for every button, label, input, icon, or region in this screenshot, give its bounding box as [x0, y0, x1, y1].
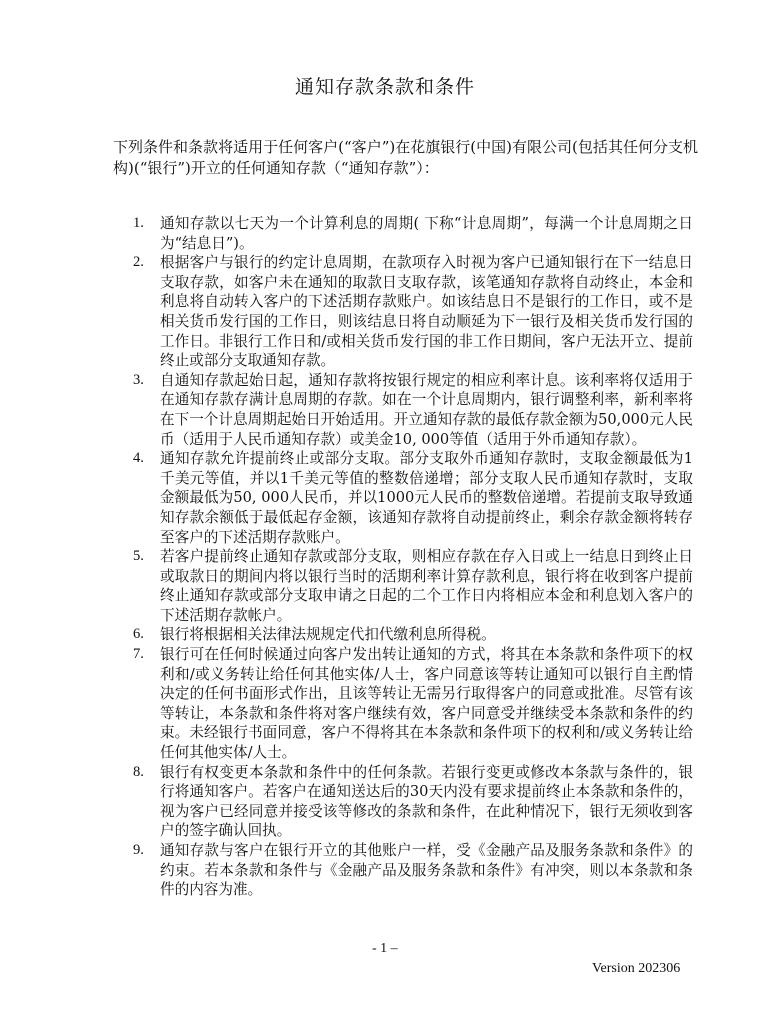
- clause-item: 6. 银行将根据相关法律法规规定代扣代缴利息所得税。: [133, 625, 693, 645]
- clause-text: 通知存款与客户在银行开立的其他账户一样，受《金融产品及服务条款和条件》的约束。若…: [160, 842, 693, 898]
- document-title: 通知存款条款和条件: [0, 72, 770, 99]
- clause-number: 5.: [133, 547, 144, 567]
- clause-text: 若客户提前终止通知存款或部分支取，则相应存款在存入日或上一结息日到终止日或取款日…: [160, 548, 693, 624]
- clause-item: 1. 通知存款以七天为一个计算利息的周期( 下称“计息周期”，每满一个计息周期之…: [133, 214, 693, 253]
- clause-item: 3. 自通知存款起始日起，通知存款将按银行规定的相应利率计息。该利率将仅适用于在…: [133, 371, 693, 449]
- clause-text: 通知存款允许提前终止或部分支取。部分支取外币通知存款时，支取金额最低为1千美元等…: [160, 450, 693, 545]
- clause-number: 4.: [133, 449, 144, 469]
- document-page: 通知存款条款和条件 下列条件和条款将适用于任何客户(“客户”)在花旗银行(中国)…: [0, 0, 770, 1024]
- page-number: - 1 –: [372, 941, 398, 957]
- clause-item: 2. 根据客户与银行的约定计息周期，在款项存入时视为客户已通知银行在下一结息日支…: [133, 253, 693, 371]
- clause-number: 3.: [133, 371, 144, 391]
- clause-number: 2.: [133, 253, 144, 273]
- clause-text: 银行将根据相关法律法规规定代扣代缴利息所得税。: [160, 626, 496, 643]
- clause-number: 9.: [133, 841, 144, 861]
- intro-paragraph: 下列条件和条款将适用于任何客户(“客户”)在花旗银行(中国)有限公司(包括其任何…: [113, 137, 698, 179]
- clause-number: 6.: [133, 625, 144, 645]
- clause-item: 7. 银行可在任何时候通过向客户发出转让通知的方式，将其在本条款和条件项下的权利…: [133, 645, 693, 763]
- clause-item: 5. 若客户提前终止通知存款或部分支取，则相应存款在存入日或上一结息日到终止日或…: [133, 547, 693, 625]
- clause-item: 9. 通知存款与客户在银行开立的其他账户一样，受《金融产品及服务条款和条件》的约…: [133, 841, 693, 900]
- clause-number: 1.: [133, 214, 144, 234]
- clause-text: 通知存款以七天为一个计算利息的周期( 下称“计息周期”，每满一个计息周期之日为“…: [160, 215, 693, 252]
- version-label: Version 202306: [592, 961, 680, 977]
- clause-text: 根据客户与银行的约定计息周期，在款项存入时视为客户已通知银行在下一结息日支取存款…: [160, 254, 693, 369]
- clause-text: 银行有权变更本条款和条件中的任何条款。若银行变更或修改本条款与条件的，银行将通知…: [160, 764, 693, 840]
- clause-item: 4. 通知存款允许提前终止或部分支取。部分支取外币通知存款时，支取金额最低为1千…: [133, 449, 693, 547]
- clause-number: 7.: [133, 645, 144, 665]
- clause-list: 1. 通知存款以七天为一个计算利息的周期( 下称“计息周期”，每满一个计息周期之…: [133, 214, 693, 900]
- clause-text: 自通知存款起始日起，通知存款将按银行规定的相应利率计息。该利率将仅适用于在通知存…: [160, 372, 693, 448]
- clause-text: 银行可在任何时候通过向客户发出转让通知的方式，将其在本条款和条件项下的权利和/或…: [160, 646, 693, 761]
- clause-item: 8. 银行有权变更本条款和条件中的任何条款。若银行变更或修改本条款与条件的，银行…: [133, 763, 693, 841]
- clause-number: 8.: [133, 763, 144, 783]
